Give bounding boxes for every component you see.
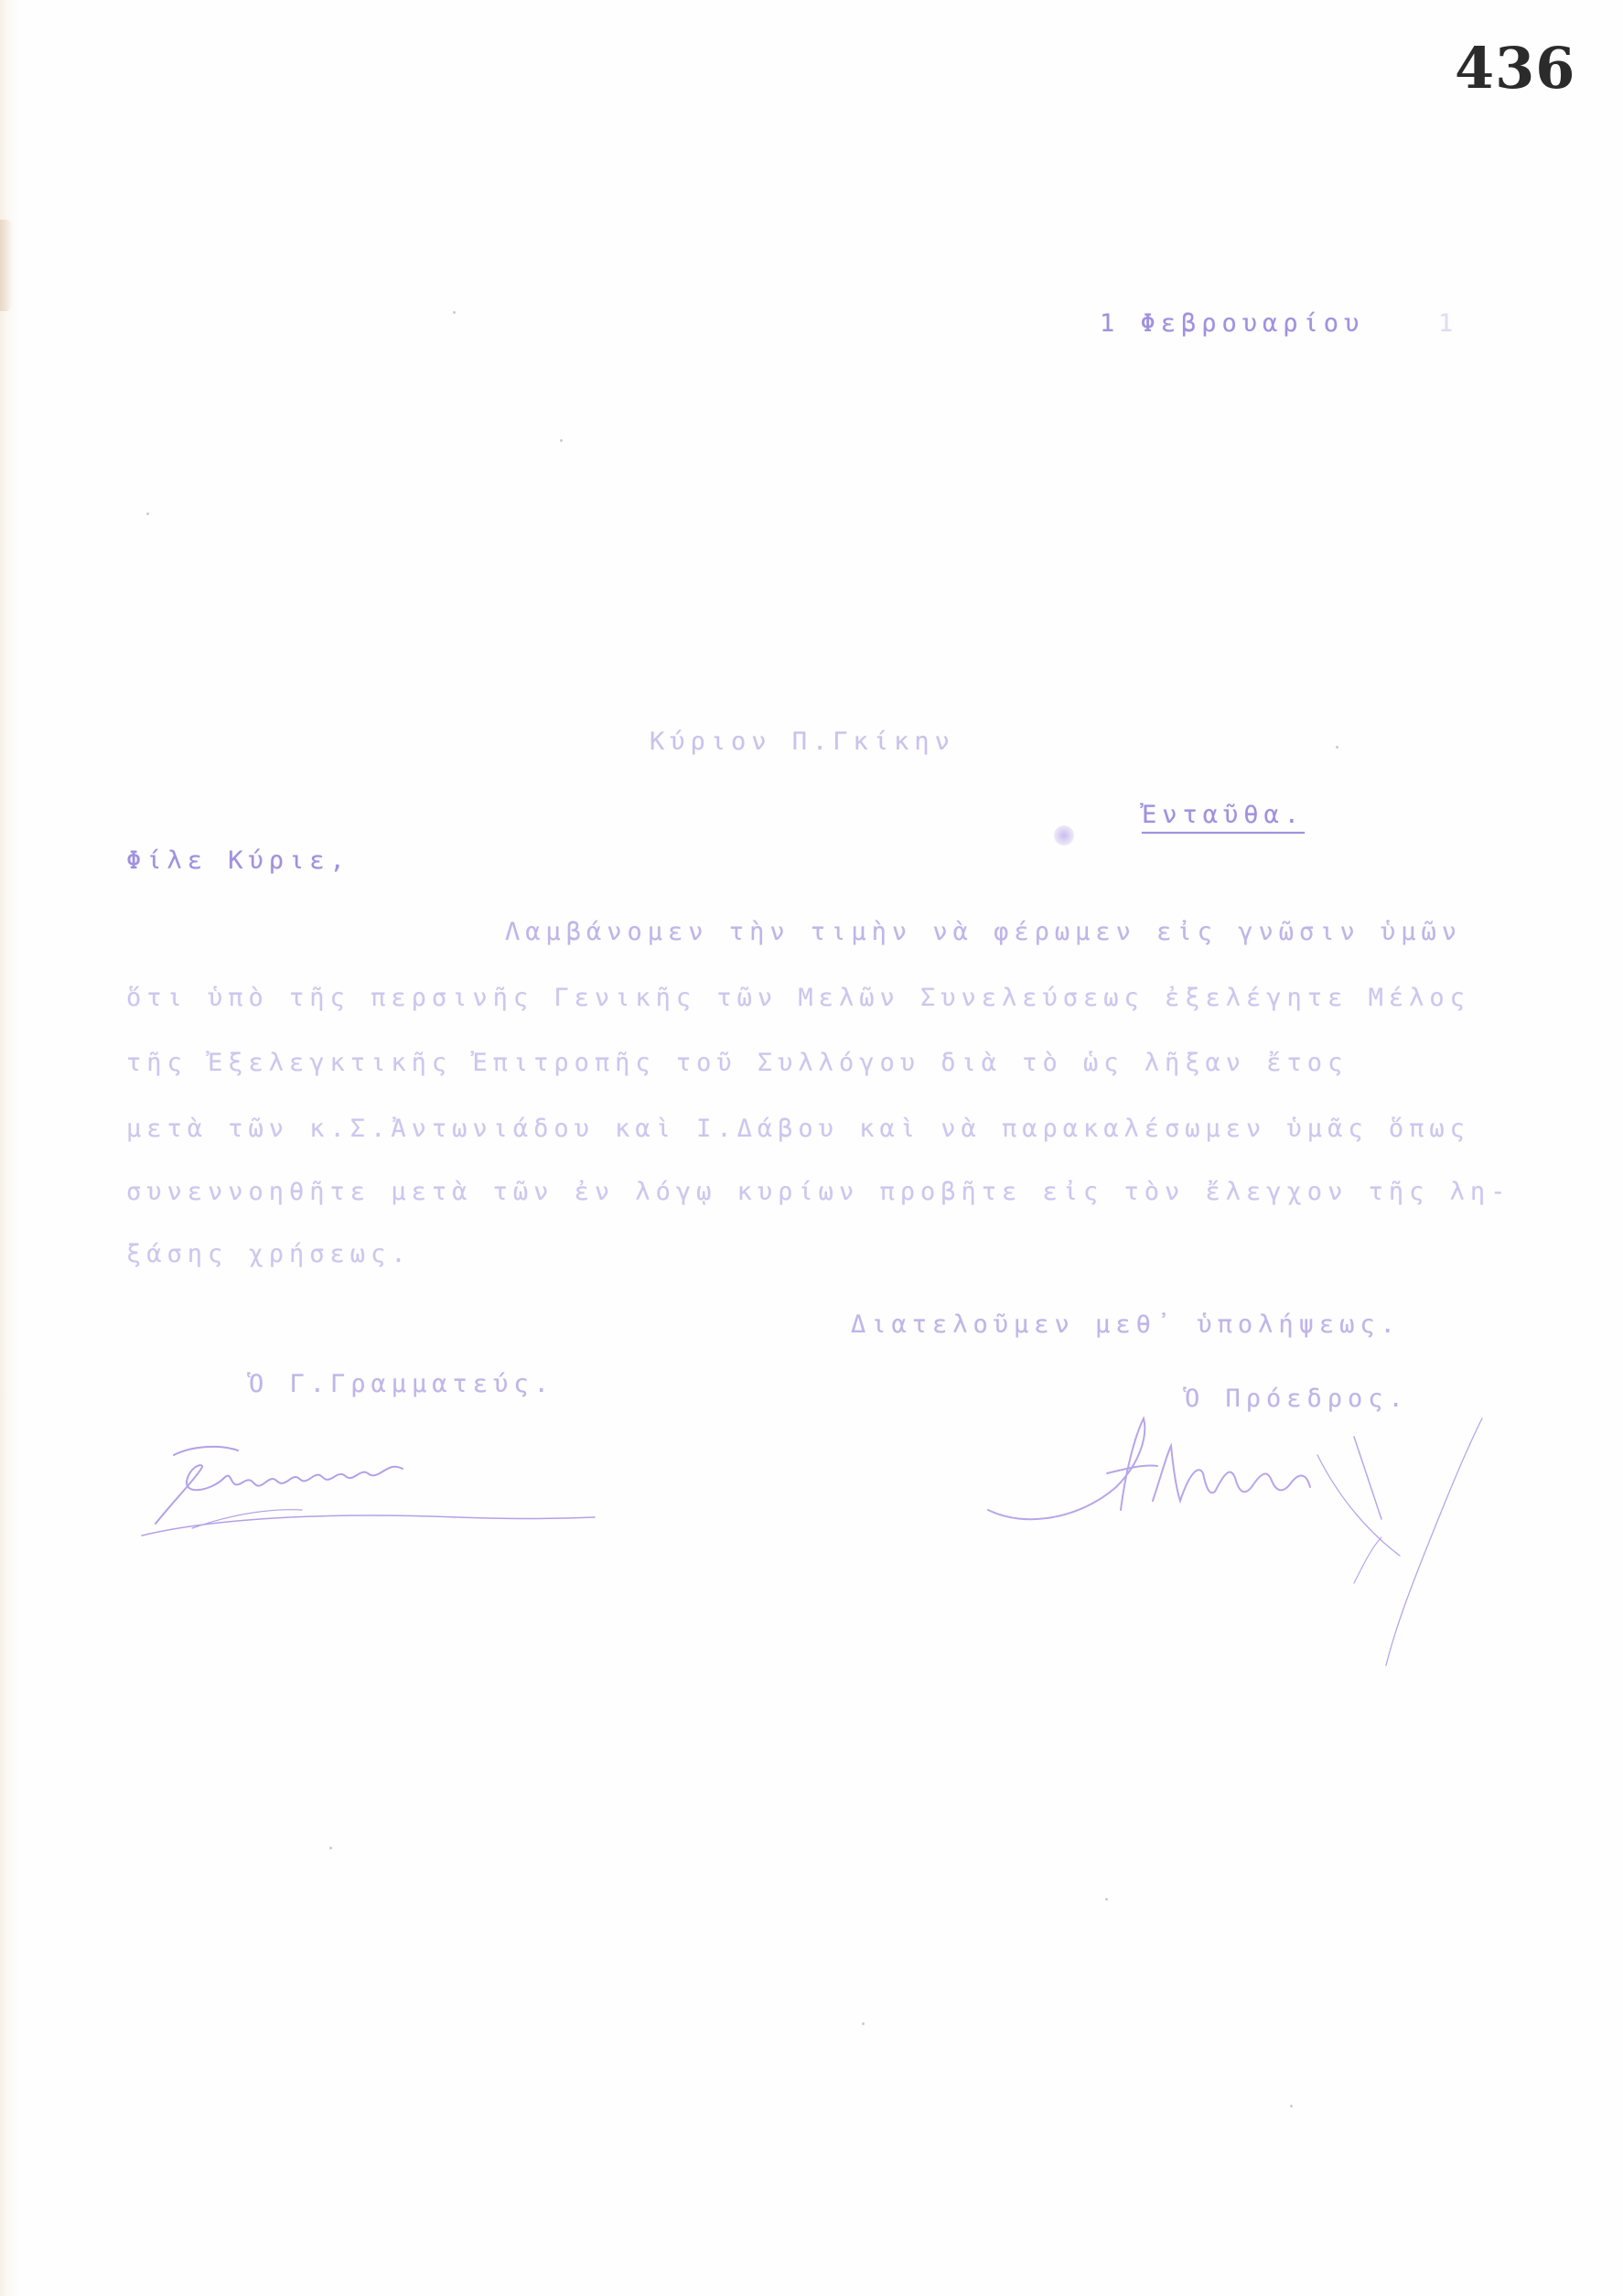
body-line-3: τῆς Ἐξελεγκτικῆς Ἐπιτροπῆς τοῦ Συλλόγου …: [126, 1049, 1348, 1077]
president-signature: [970, 1400, 1519, 1675]
letter-date: 1 Φεβρουαρίου: [1100, 309, 1364, 338]
paper-speck: [1290, 2105, 1293, 2107]
body-line-1: Λαμβάνομεν τὴν τιμὴν νὰ φέρωμεν εἰς γνῶσ…: [505, 918, 1462, 946]
paper-speck: [1105, 1898, 1108, 1901]
folio-number: 436: [1455, 35, 1575, 102]
paper-speck: [862, 2022, 865, 2025]
body-line-2: ὅτι ὑπὸ τῆς περσινῆς Γενικῆς τῶν Μελῶν Σ…: [126, 984, 1470, 1012]
ink-blot: [1054, 825, 1074, 846]
paper-speck: [1336, 746, 1338, 749]
letter-date-year: 1: [1438, 309, 1458, 338]
document-page: 436 1 Φεβρουαρίου 1 Κύριον Π.Γκίκην Ἐντα…: [0, 0, 1623, 2296]
body-line-6: ξάσης χρήσεως.: [126, 1240, 412, 1268]
recipient-location: Ἐνταῦθα.: [1142, 801, 1305, 829]
closing-formula: Διατελοῦμεν μεθ᾽ ὑπολήψεως.: [851, 1310, 1401, 1339]
president-title: Ὁ Πρόεδρος.: [1185, 1385, 1409, 1413]
paper-speck: [329, 1847, 332, 1849]
body-line-4: μετὰ τῶν κ.Σ.Ἀντωνιάδου καὶ Ι.Δάβου καὶ …: [126, 1115, 1470, 1143]
paper-speck: [560, 439, 563, 442]
recipient-name: Κύριον Π.Γκίκην: [650, 728, 955, 756]
body-line-5: συνεννοηθῆτε μετὰ τῶν ἐν λόγῳ κυρίων προ…: [126, 1178, 1510, 1206]
paper-edge-stain: [0, 220, 13, 311]
paper-speck: [146, 512, 149, 515]
secretary-signature: [137, 1428, 613, 1537]
salutation: Φίλε Κύριε,: [126, 846, 350, 875]
secretary-title: Ὁ Γ.Γραμματεύς.: [249, 1370, 554, 1398]
paper-speck: [453, 311, 456, 314]
